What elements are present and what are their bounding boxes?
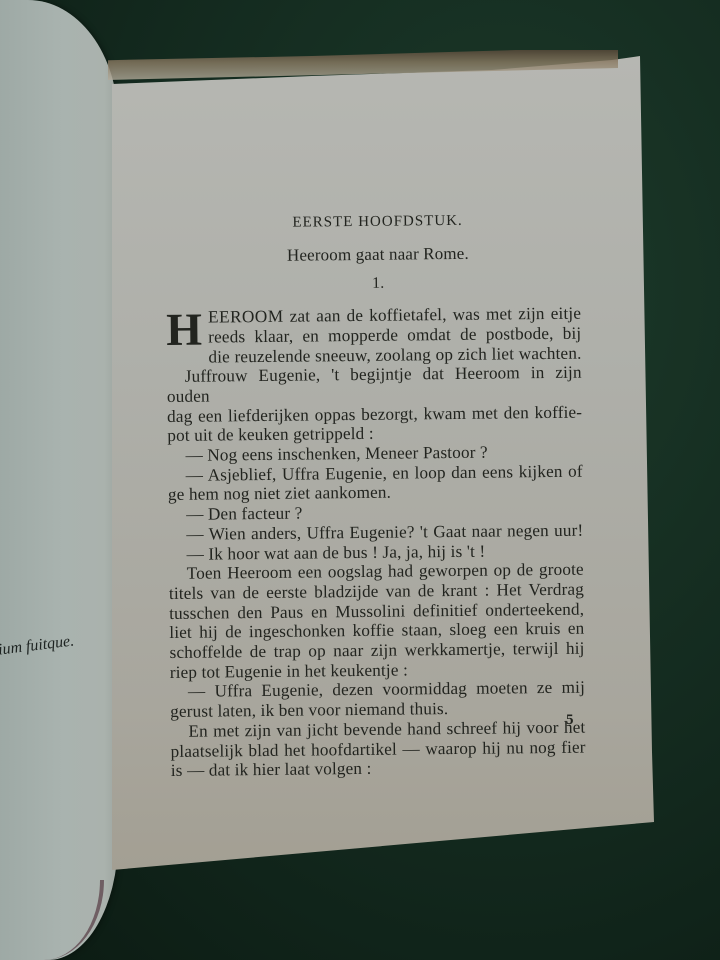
left-page-edge — [40, 880, 104, 960]
opening-paragraph: H EEROOM zat aan de koffietafel, was met… — [166, 304, 582, 367]
opening-smallcaps: EEROOM — [208, 307, 284, 327]
chapter-title: EERSTE HOOFDSTUK. — [175, 211, 580, 235]
section-number: 1. — [176, 272, 581, 296]
section-title: Heeroom gaat naar Rome. — [175, 242, 580, 266]
left-page: nnium fuitque. — [0, 0, 118, 960]
drop-cap: H — [166, 311, 202, 349]
text-line: Juffrouw Eugenie, 't begijntje dat Heero… — [167, 363, 582, 407]
page-number: 5 — [566, 712, 574, 729]
page-text: EERSTE HOOFDSTUK. Heeroom gaat naar Rome… — [165, 211, 586, 781]
left-page-text-fragment: nnium fuitque. — [0, 632, 75, 661]
